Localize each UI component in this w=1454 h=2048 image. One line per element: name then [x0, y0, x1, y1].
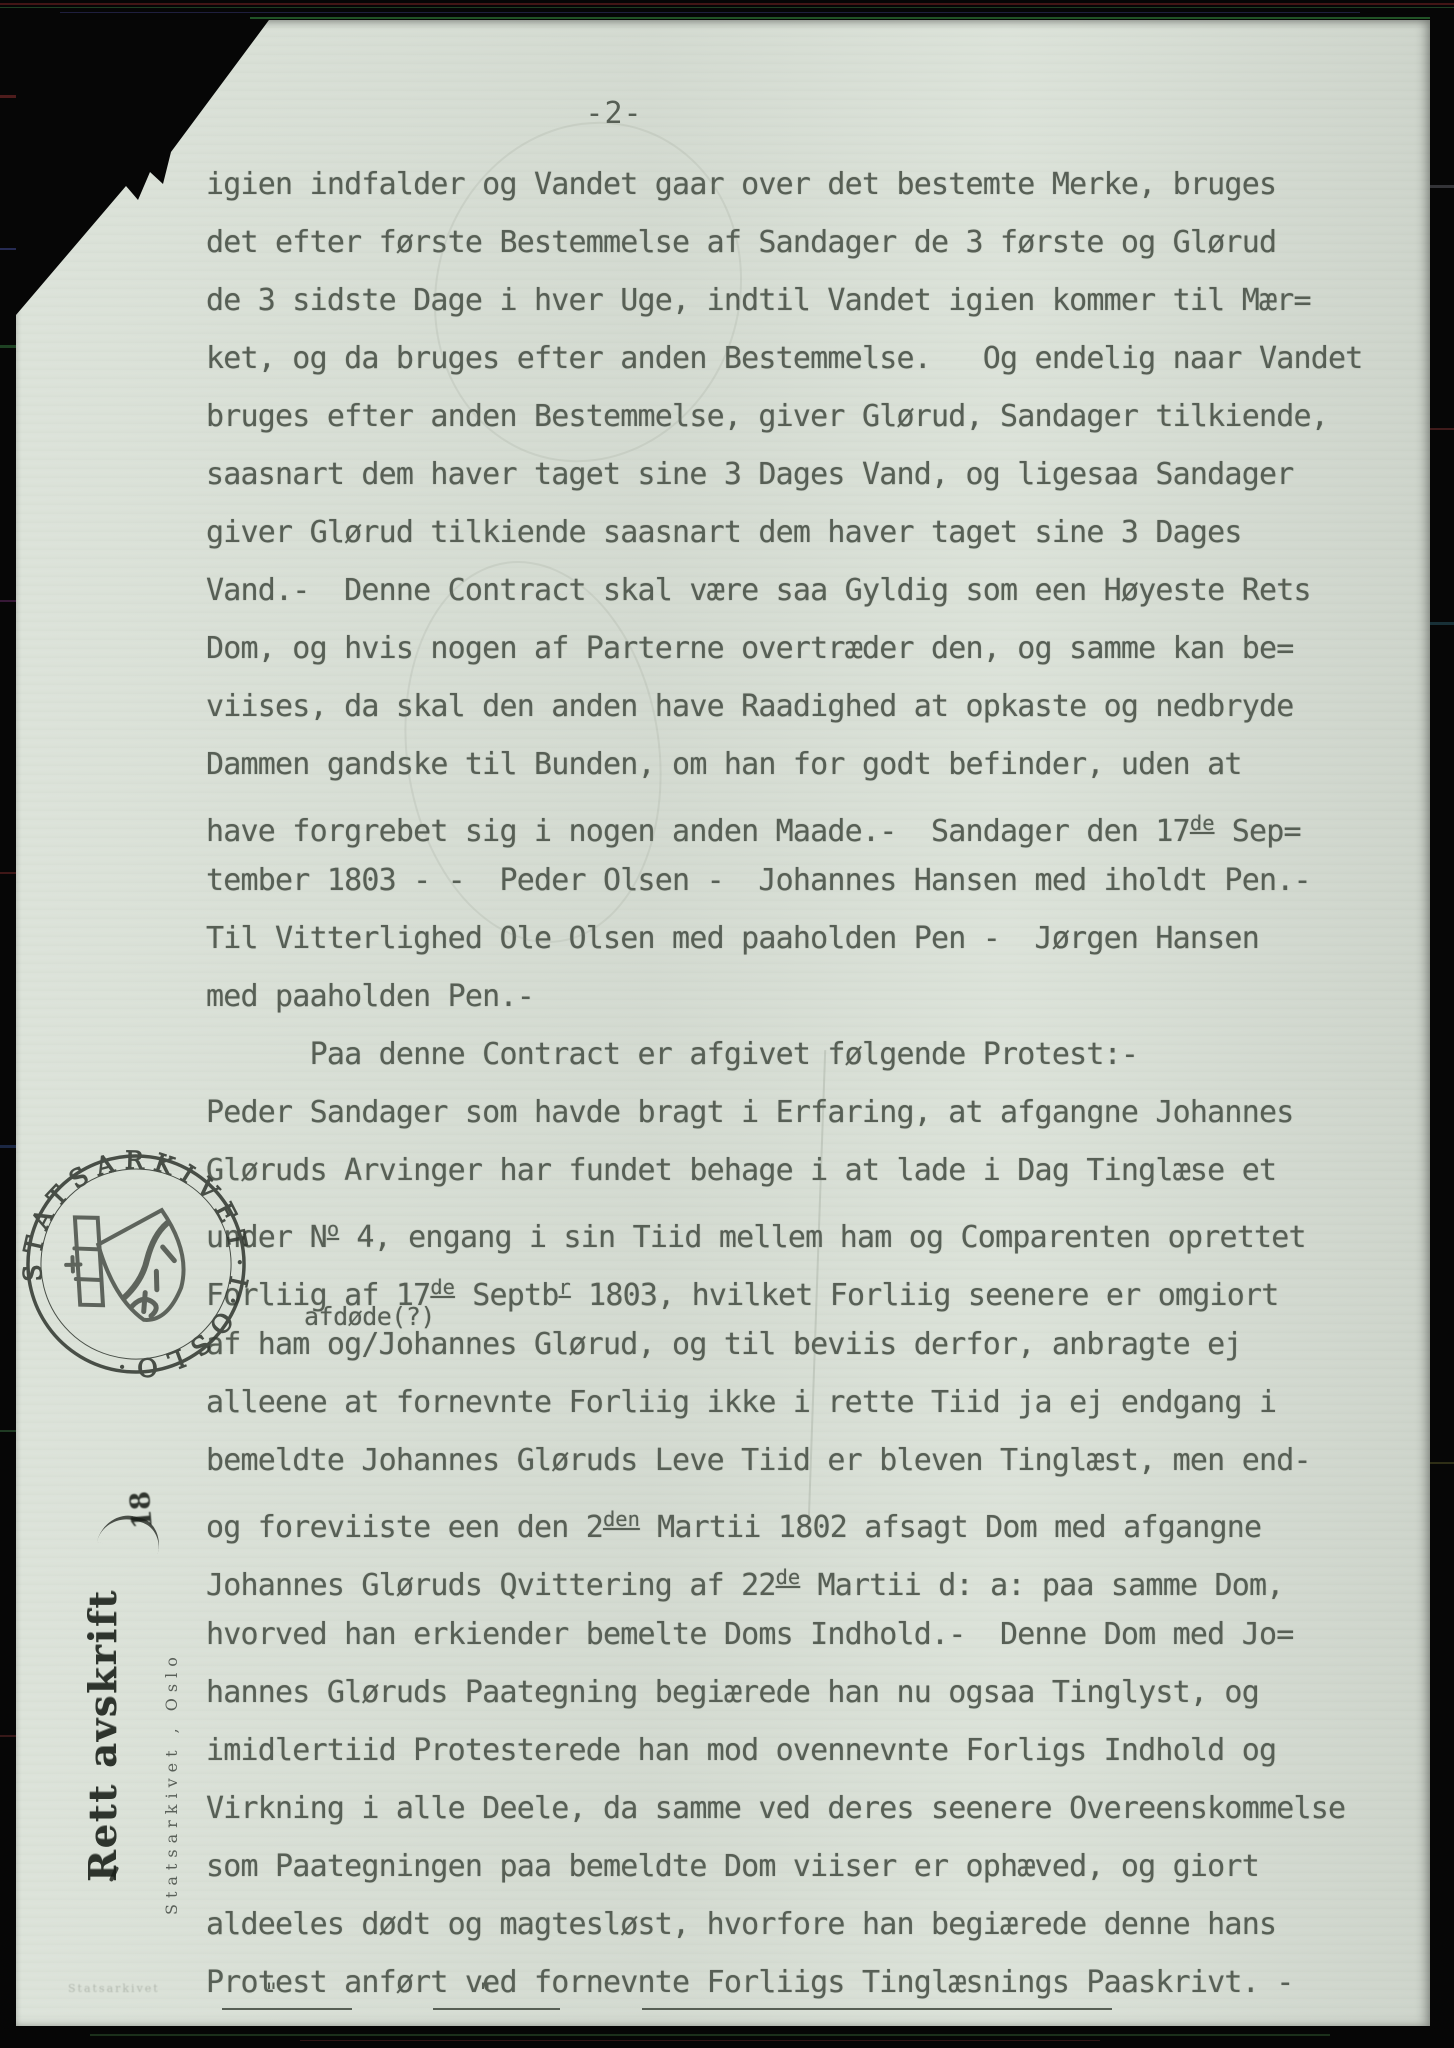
- text-line: Johannes Gløruds Qvittering af 22de Mart…: [206, 1548, 1454, 1606]
- text-line: giver Glørud tilkiende saasnart dem have…: [206, 504, 1454, 562]
- text-line: Dom, og hvis nogen af Parterne overtræde…: [206, 620, 1454, 678]
- text-line: og foreviiste een den 2den Martii 1802 a…: [206, 1490, 1454, 1548]
- text-line: igien indfalder og Vandet gaar over det …: [206, 156, 1454, 214]
- scan-noise-streak: [1430, 428, 1454, 430]
- scan-noise-streak: [300, 2040, 1100, 2041]
- text-line: hvorved han erkiender bemelte Doms Indho…: [206, 1606, 1454, 1664]
- scan-noise-streak: [0, 248, 16, 250]
- text-line: hannes Gløruds Paategning begiærede han …: [206, 1664, 1454, 1722]
- text-line: det efter første Bestemmelse af Sandager…: [206, 214, 1454, 272]
- interlinear-insertion: afdøde(?): [304, 1302, 435, 1331]
- text-line: alleene at fornevnte Forliig ikke i rett…: [206, 1374, 1454, 1432]
- ditto-underline: [222, 2008, 352, 2010]
- document-page: -2- igien indfalder og Vandet gaar over …: [16, 20, 1430, 2026]
- text-line: Paa denne Contract er afgivet følgende P…: [206, 1026, 1454, 1084]
- text-line: de 3 sidste Dage i hver Uge, indtil Vand…: [206, 272, 1454, 330]
- scan-noise-streak: [0, 345, 16, 348]
- text-line: Virkning i alle Deele, da samme ved dere…: [206, 1780, 1454, 1838]
- text-line: imidlertiid Protesterede han mod ovennev…: [206, 1722, 1454, 1780]
- typewritten-text: igien indfalder og Vandet gaar over det …: [206, 156, 1454, 2012]
- stamp-ring-text: STATSARKIVET·I·OSLO·: [18, 1146, 254, 1382]
- text-line: ket, og da bruges efter anden Bestemmels…: [206, 330, 1454, 388]
- text-line: under No 4, engang i sin Tiid mellem ham…: [206, 1200, 1454, 1258]
- scan-noise-streak: [0, 872, 16, 874]
- text-line: saasnart dem haver taget sine 3 Dages Va…: [206, 446, 1454, 504]
- text-line: Gløruds Arvinger har fundet behage i at …: [206, 1142, 1454, 1200]
- scan-noise-streak: [0, 1735, 16, 1737]
- scanned-document-photo: -2- igien indfalder og Vandet gaar over …: [0, 0, 1454, 2048]
- certification-stamp-text: Rett avskrift: [80, 1589, 125, 1882]
- text-line: aldeeles dødt og magtesløst, hvorfore ha…: [206, 1896, 1454, 1954]
- scan-noise-streak: [60, 12, 1360, 13]
- text-line: viises, da skal den anden have Raadighed…: [206, 678, 1454, 736]
- text-line: tember 1803 - - Peder Olsen - Johannes H…: [206, 852, 1454, 910]
- scan-noise-streak: [0, 7, 1454, 8]
- faint-stamp-imprint: Statsarkivet: [68, 1982, 268, 1995]
- text-line: med paaholden Pen.-: [206, 968, 1454, 1026]
- ditto-mark: ": [478, 1978, 492, 2006]
- scan-noise-streak: [0, 1430, 16, 1432]
- scan-noise-streak: [0, 1145, 16, 1148]
- text-line: have forgrebet sig i nogen anden Maade.-…: [206, 794, 1454, 852]
- scan-noise-streak: [250, 17, 1430, 19]
- text-line: Protest anført ved fornevnte Forliigs Ti…: [206, 1954, 1454, 2012]
- scan-noise-streak: [1430, 1462, 1454, 1464]
- coat-of-arms-lion-icon: [56, 1194, 196, 1336]
- scan-noise-streak: [1430, 622, 1454, 625]
- ditto-underline: [433, 2008, 560, 2010]
- text-line: Vand.- Denne Contract skal være saa Gyld…: [206, 562, 1454, 620]
- certification-stamp-subtext: Statsarkivet , Oslo: [162, 1651, 181, 1915]
- text-line: bemeldte Johannes Gløruds Leve Tiid er b…: [206, 1432, 1454, 1490]
- text-line: Peder Sandager som havde bragt i Erfarin…: [206, 1084, 1454, 1142]
- scan-noise-streak: [0, 600, 16, 602]
- scan-noise-streak: [90, 2034, 1330, 2036]
- scan-noise-streak: [1430, 185, 1454, 188]
- ditto-underline: [642, 2008, 1112, 2010]
- text-line: bruges efter anden Bestemmelse, giver Gl…: [206, 388, 1454, 446]
- text-line: Dammen gandske til Bunden, om han for go…: [206, 736, 1454, 794]
- text-line: Til Vitterlighed Ole Olsen med paaholden…: [206, 910, 1454, 968]
- scan-noise-streak: [0, 95, 16, 98]
- text-line: som Paategningen paa bemeldte Dom viiser…: [206, 1838, 1454, 1896]
- scan-noise-streak: [0, 3, 1454, 5]
- archive-round-stamp: STATSARKIVET·I·OSLO·: [18, 1146, 254, 1382]
